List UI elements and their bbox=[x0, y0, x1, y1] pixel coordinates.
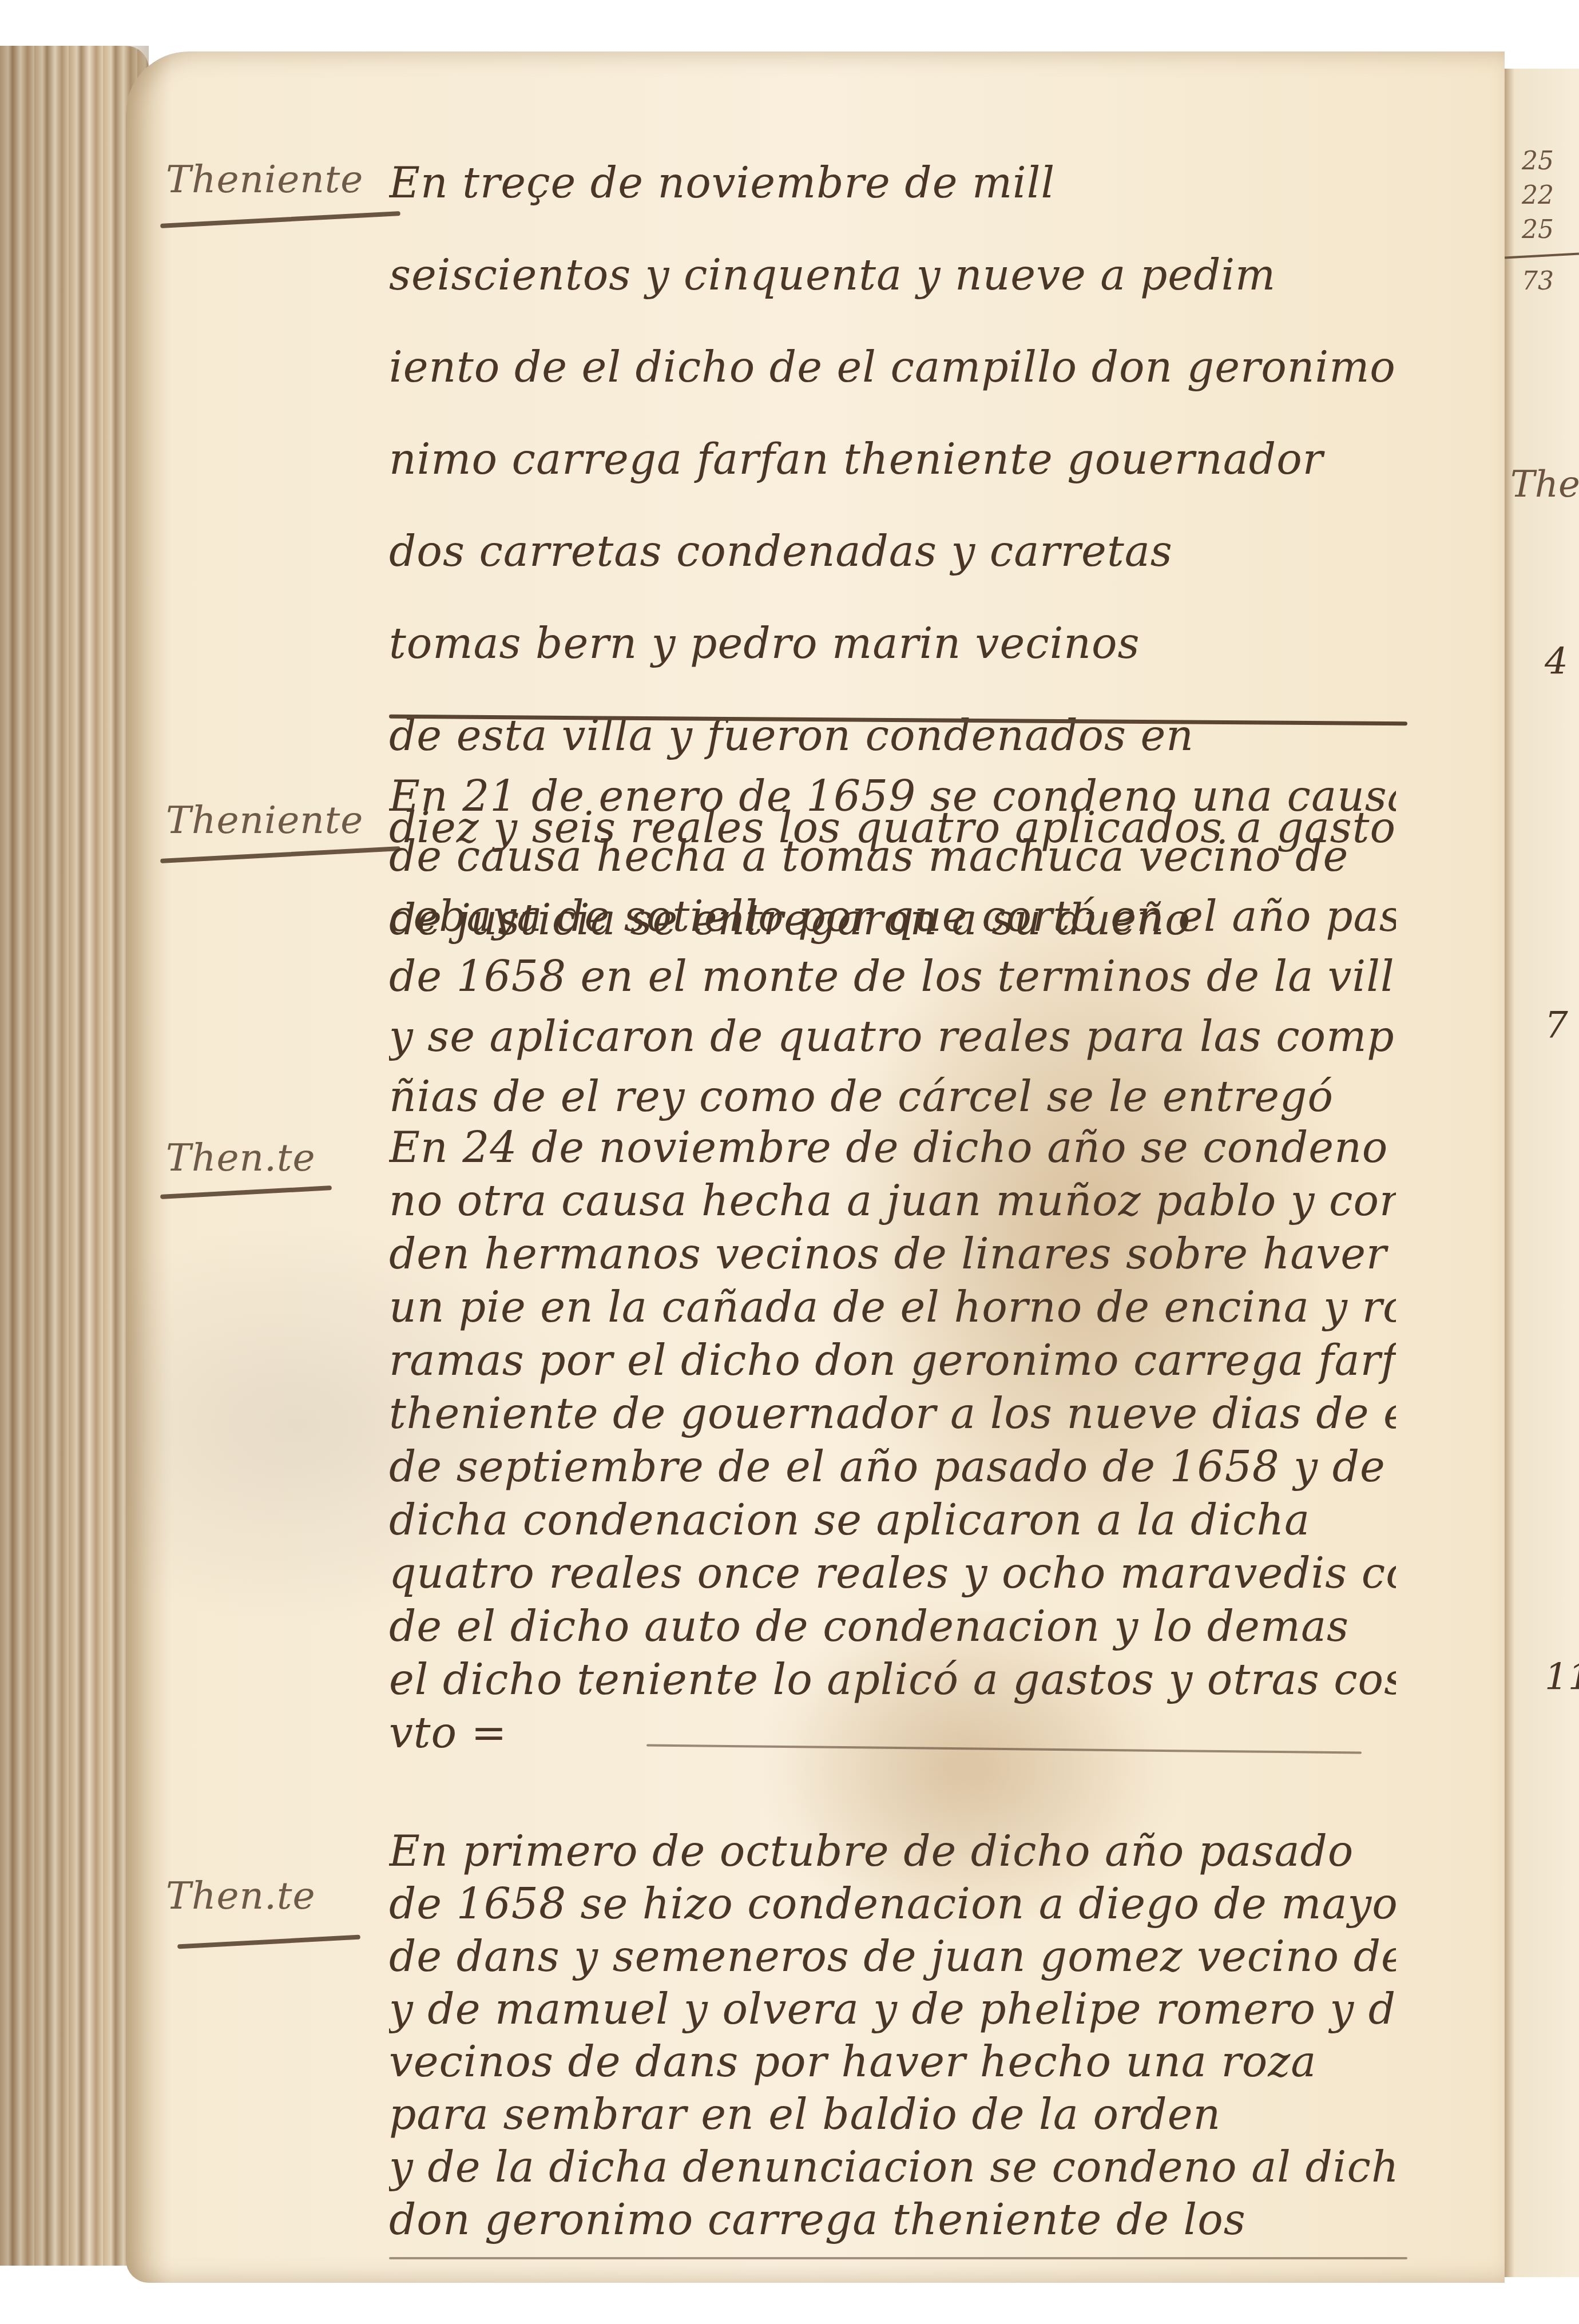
text-line: de el dicho auto de condenacion y lo dem… bbox=[389, 1600, 1396, 1653]
text-line: un pie en la cañada de el horno de encin… bbox=[389, 1281, 1396, 1334]
text-line: quatro reales once reales y ocho maraved… bbox=[389, 1547, 1396, 1600]
text-line: nimo carrega farfan theniente gouernador bbox=[389, 414, 1396, 506]
text-line: para sembrar en el baldio de la orden bbox=[389, 2088, 1396, 2141]
text-line: de 1658 en el monte de los terminos de l… bbox=[389, 947, 1396, 1007]
margin-label: Then.te bbox=[166, 1136, 389, 1180]
adjacent-page-margin-label: Then bbox=[1510, 463, 1579, 506]
text-line: de causa hecha a tomas machuca vecino de bbox=[389, 827, 1396, 887]
text-line: theniente de gouernador a los nueve dias… bbox=[389, 1387, 1396, 1441]
ledger-entry-2: Theniente En 21 de enero de 1659 se cond… bbox=[143, 767, 1402, 1087]
entry-tally: 114 bbox=[1545, 1656, 1579, 1699]
text-line: den hermanos vecinos de linares sobre ha… bbox=[389, 1228, 1396, 1281]
text-line: dicha condenacion se aplicaron a la dich… bbox=[389, 1494, 1396, 1547]
text-line: En 24 de noviembre de dicho año se conde… bbox=[389, 1121, 1396, 1175]
text-line: de 1658 se hizo condenacion a diego de m… bbox=[389, 1878, 1396, 1930]
text-line: y de la dicha denunciacion se condeno al… bbox=[389, 2141, 1396, 2194]
text-line: ñias de el rey como de cárcel se le entr… bbox=[389, 1067, 1396, 1127]
margin-underline bbox=[160, 211, 400, 228]
adjacent-page-number: 25 bbox=[1522, 149, 1554, 174]
text-line: de septiembre de el año pasado de 1658 y… bbox=[389, 1441, 1396, 1494]
text-line: don geronimo carrega theniente de los bbox=[389, 2194, 1396, 2246]
text-line: En primero de octubre de dicho año pasad… bbox=[389, 1825, 1396, 1878]
entry-text: En primero de octubre de dicho año pasad… bbox=[389, 1825, 1396, 2246]
adjacent-page-edge bbox=[1502, 69, 1579, 2277]
margin-underline bbox=[160, 1185, 332, 1199]
margin-underline bbox=[160, 846, 400, 863]
entry-text: En 24 de noviembre de dicho año se conde… bbox=[389, 1121, 1396, 1760]
margin-label: Theniente bbox=[166, 798, 389, 842]
text-line: dos carretas condenadas y carretas bbox=[389, 506, 1396, 598]
text-line: de dans y semeneros de juan gomez vecino… bbox=[389, 1930, 1396, 1983]
text-line: vecinos de dans por haver hecho una roza bbox=[389, 2036, 1396, 2088]
text-line: En 21 de enero de 1659 se condeno una ca… bbox=[389, 767, 1396, 827]
entry-divider bbox=[389, 2257, 1407, 2259]
adjacent-page-number: 25 bbox=[1522, 217, 1554, 243]
text-line: En treçe de noviembre de mill bbox=[389, 137, 1396, 229]
margin-label: Then.te bbox=[166, 1874, 389, 1918]
ledger-entry-1: Theniente En treçe de noviembre de mill … bbox=[143, 143, 1402, 715]
margin-label: Theniente bbox=[166, 157, 389, 201]
entry-tally: 7 bbox=[1545, 1004, 1568, 1046]
text-line: y se aplicaron de quatro reales para las… bbox=[389, 1007, 1396, 1067]
text-line: tomas bern y pedro marin vecinos bbox=[389, 598, 1396, 690]
ledger-entry-4: Then.te En primero de octubre de dicho a… bbox=[143, 1825, 1402, 2260]
text-line: iento de el dicho de el campillo don ger… bbox=[389, 322, 1396, 414]
adjacent-page-number: 22 bbox=[1522, 183, 1554, 208]
text-line: no otra causa hecha a juan muñoz pablo y… bbox=[389, 1175, 1396, 1228]
text-line: ramas por el dicho don geronimo carrega … bbox=[389, 1334, 1396, 1387]
entry-text: En 21 de enero de 1659 se condeno una ca… bbox=[389, 767, 1396, 1127]
text-line: el dicho teniente lo aplicó a gastos y o… bbox=[389, 1653, 1396, 1707]
text-line: cebaya de sotiello por que cortó en el a… bbox=[389, 887, 1396, 947]
adjacent-page-number: 73 bbox=[1522, 269, 1554, 294]
entry-tally: 4 bbox=[1545, 641, 1568, 683]
text-line: y de mamuel y olvera y de phelipe romero… bbox=[389, 1983, 1396, 2036]
margin-underline bbox=[177, 1935, 360, 1949]
text-line: seiscientos y cinquenta y nueve a pedim bbox=[389, 229, 1396, 322]
ledger-entry-3: Then.te En 24 de noviembre de dicho año … bbox=[143, 1121, 1402, 1774]
